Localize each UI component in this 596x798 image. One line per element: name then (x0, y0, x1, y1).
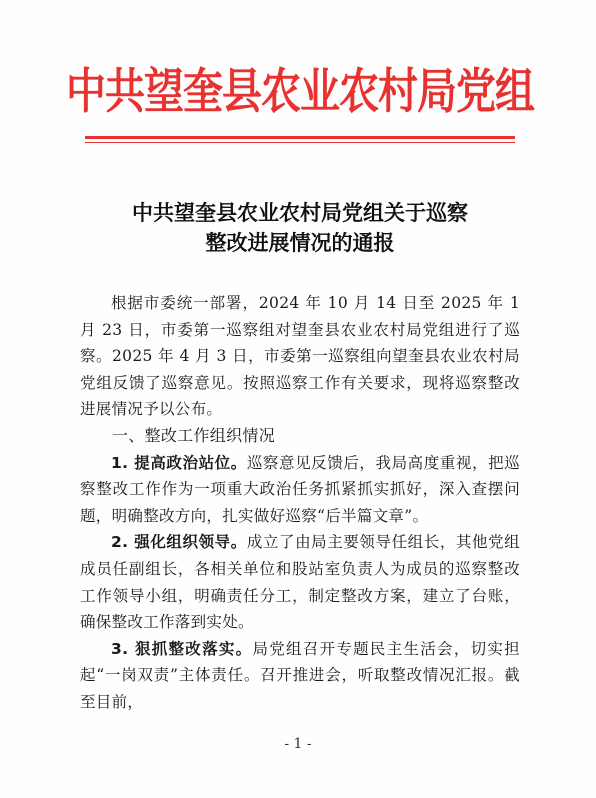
item-lead: 3. 狠抓整改落实。 (111, 640, 252, 658)
item-lead: 1. 提高政治站位。 (111, 454, 247, 472)
masthead-title: 中共望奎县农业农村局党组 (60, 56, 540, 128)
document-body: 根据市委统一部署，2024 年 10 月 14 日至 2025 年 1 月 23… (80, 290, 520, 716)
intro-paragraph: 根据市委统一部署，2024 年 10 月 14 日至 2025 年 1 月 23… (80, 290, 520, 423)
item-lead: 2. 强化组织领导。 (111, 533, 247, 551)
document-title: 中共望奎县农业农村局党组关于巡察 整改进展情况的通报 (60, 198, 540, 258)
masthead-rule-thin (85, 142, 515, 143)
document-title-line2: 整改进展情况的通报 (60, 228, 540, 258)
item-paragraph-3: 3. 狠抓整改落实。局党组召开专题民主生活会，切实担起“一岗双责”主体责任。召开… (80, 636, 520, 716)
section-heading: 一、整改工作组织情况 (80, 423, 520, 450)
page-number: - 1 - (0, 736, 596, 752)
item-paragraph-1: 1. 提高政治站位。巡察意见反馈后，我局高度重视，把巡察整改工作作为一项重大政治… (80, 450, 520, 530)
document-title-line1: 中共望奎县农业农村局党组关于巡察 (60, 198, 540, 228)
masthead-rule-thick (85, 136, 515, 139)
item-paragraph-2: 2. 强化组织领导。成立了由局主要领导任组长，其他党组成员任副组长，各相关单位和… (80, 529, 520, 635)
